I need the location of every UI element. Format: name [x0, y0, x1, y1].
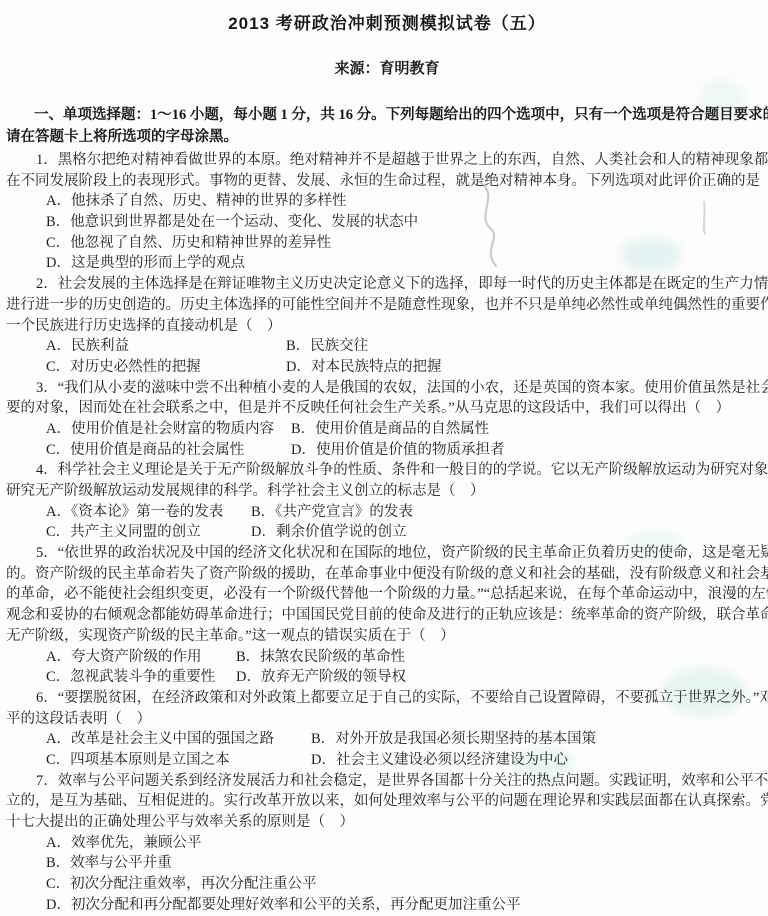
option-d: D．使用价值是价值的物质承担者 [291, 442, 504, 458]
option-c: C．初次分配注重效率，再次分配注重公平 [6, 874, 768, 895]
option-a: A．民族利益 [46, 336, 286, 357]
option-d: D．社会主义建设必须以经济建设为中心 [311, 752, 568, 768]
stem-line: 研究无产阶级解放运动发展规律的科学。科学社会主义创立的标志是（ ） [6, 481, 768, 502]
option-row: A．改革是社会主义中国的强国之路B．对外开放是我国必须长期坚持的基本国策 [6, 729, 768, 750]
option-d: D．初次分配和再分配都要处理好效率和公平的关系，再分配更加注重公平 [6, 895, 768, 916]
option-row: A．民族利益B．民族交往 [6, 336, 768, 357]
option-row: A．《资本论》第一卷的发表B．《共产党宣言》的发表 [6, 502, 768, 523]
option-a: A．《资本论》第一卷的发表 [46, 502, 251, 523]
instructions-line: 请在答题卡上将所选项的字母涂黑。 [6, 126, 768, 148]
stem-line: 立的，是互为基础、互相促进的。实行改革开放以来，如何处理效率与公平的问题在理论界… [6, 791, 768, 812]
option-row: C．使用价值是商品的社会属性D．使用价值是价值的物质承担者 [6, 440, 768, 461]
option-row: C．对历史必然性的把握D．对本民族特点的把握 [6, 357, 768, 378]
option-b: B．抹煞农民阶级的革命性 [236, 649, 405, 665]
stem-line: 3．“我们从小麦的滋味中尝不出种植小麦的人是俄国的农奴，法国的小农，还是英国的资… [6, 378, 768, 399]
question-5: 5．“依世界的政治状况及中国的经济文化状况和在国际的地位，资产阶级的民主革命正负… [6, 543, 768, 688]
option-row: A．使用价值是社会财富的物质内容B．使用价值是商品的自然属性 [6, 419, 768, 440]
option-d: D．这是典型的形而上学的观点 [6, 253, 768, 274]
question-7: 7．效率与公平问题关系到经济发展活力和社会稳定，是世界各国都十分关注的热点问题。… [6, 771, 768, 916]
option-row: C．忽视武装斗争的重要性D．放弃无产阶级的领导权 [6, 667, 768, 688]
question-6: 6．“要摆脱贫困，在经济政策和对外政策上都要立足于自己的实际，不要给自己设置障碍… [6, 688, 768, 771]
question-1: 1．黑格尔把绝对精神看做世界的本原。绝对精神并不是超越于世界之上的东西，自然、人… [6, 150, 768, 274]
source-line: 来源：育明教育 [6, 59, 768, 79]
option-row: C．四项基本原则是立国之本D．社会主义建设必须以经济建设为中心 [6, 750, 768, 771]
option-c: C．忽视武装斗争的重要性 [46, 667, 236, 688]
question-4: 4．科学社会主义理论是关于无产阶级解放斗争的性质、条件和一般目的的学说。它以无产… [6, 460, 768, 543]
instructions-line: 一、单项选择题：1～16 小题，每小题 1 分，共 16 分。下列每题给出的四个… [6, 104, 768, 126]
option-a: A．他抹杀了自然、历史、精神的世界的多样性 [6, 191, 768, 212]
option-a: A．效率优先，兼顾公平 [6, 833, 768, 854]
question-list: 1．黑格尔把绝对精神看做世界的本原。绝对精神并不是超越于世界之上的东西，自然、人… [6, 150, 768, 915]
option-b: B．效率与公平并重 [6, 853, 768, 874]
option-b: B．《共产党宣言》的发表 [251, 504, 413, 520]
option-a: A．改革是社会主义中国的强国之路 [46, 729, 311, 750]
option-c: C．使用价值是商品的社会属性 [46, 440, 291, 461]
stem-line: 4．科学社会主义理论是关于无产阶级解放斗争的性质、条件和一般目的的学说。它以无产… [6, 460, 768, 481]
stem-line: 十七大提出的正确处理公平与效率关系的原则是（ ） [6, 812, 768, 833]
option-row: C．共产主义同盟的创立D．剩余价值学说的创立 [6, 522, 768, 543]
stem-line: 的。资产阶级的民主革命若失了资产阶级的援助，在革命事业中便没有阶级的意义和社会的… [6, 564, 768, 585]
stem-line: 2．社会发展的主体选择是在辩证唯物主义历史决定论意义下的选择，即每一时代的历史主… [6, 274, 768, 295]
exam-paper: 2013 考研政治冲刺预测模拟试卷（五） 来源：育明教育 一、单项选择题：1～1… [0, 0, 768, 915]
option-c: C．他忽视了自然、历史和精神世界的差异性 [6, 233, 768, 254]
exam-title: 2013 考研政治冲刺预测模拟试卷（五） [6, 12, 768, 36]
option-b: B．他意识到世界都是处在一个运动、变化、发展的状态中 [6, 212, 768, 233]
stem-line: 无产阶级，实现资产阶级的民主革命。”这一观点的错误实质在于（ ） [6, 626, 768, 647]
option-c: C．共产主义同盟的创立 [46, 522, 251, 543]
stem-line: 在不同发展阶段上的表现形式。事物的更替、发展、永恒的生命过程，就是绝对精神本身。… [6, 171, 768, 192]
stem-line: 6．“要摆脱贫困，在经济政策和对外政策上都要立足于自己的实际，不要给自己设置障碍… [6, 688, 768, 709]
option-d: D．剩余价值学说的创立 [251, 524, 406, 540]
option-a: A．使用价值是社会财富的物质内容 [46, 419, 291, 440]
stem-line: 7．效率与公平问题关系到经济发展活力和社会稳定，是世界各国都十分关注的热点问题。… [6, 771, 768, 792]
option-row: A．夸大资产阶级的作用B．抹煞农民阶级的革命性 [6, 647, 768, 668]
option-b: B．对外开放是我国必须长期坚持的基本国策 [311, 731, 596, 747]
stem-line: 要的对象，因而处在社会联系之中，但是并不反映任何社会生产关系。”从马克思的这段话… [6, 398, 768, 419]
section-instructions: 一、单项选择题：1～16 小题，每小题 1 分，共 16 分。下列每题给出的四个… [6, 104, 768, 148]
option-d: D．放弃无产阶级的领导权 [236, 669, 406, 685]
stem-line: 平的这段话表明（ ） [6, 709, 768, 730]
stem-line: 5．“依世界的政治状况及中国的经济文化状况和在国际的地位，资产阶级的民主革命正负… [6, 543, 768, 564]
option-b: B．民族交往 [286, 338, 368, 354]
option-c: C．对历史必然性的把握 [46, 357, 286, 378]
option-c: C．四项基本原则是立国之本 [46, 750, 311, 771]
stem-line: 进行进一步的历史创造的。历史主体选择的可能性空间并不是随意性现象，也并不只是单纯… [6, 295, 768, 316]
stem-line: 1．黑格尔把绝对精神看做世界的本原。绝对精神并不是超越于世界之上的东西，自然、人… [6, 150, 768, 171]
stem-line: 一个民族进行历史选择的直接动机是（ ） [6, 316, 768, 337]
option-b: B．使用价值是商品的自然属性 [291, 421, 489, 437]
question-2: 2．社会发展的主体选择是在辩证唯物主义历史决定论意义下的选择，即每一时代的历史主… [6, 274, 768, 377]
option-a: A．夸大资产阶级的作用 [46, 647, 236, 668]
question-3: 3．“我们从小麦的滋味中尝不出种植小麦的人是俄国的农奴，法国的小农，还是英国的资… [6, 378, 768, 461]
stem-line: 观念和妥协的右倾观念都能妨碍革命进行；中国国民党目前的使命及进行的正轨应该是：统… [6, 605, 768, 626]
stem-line: 的革命，必不能使社会组织变更，必没有一个阶级代替他一个阶级的力量。”“总括起来说… [6, 584, 768, 605]
option-d: D．对本民族特点的把握 [286, 359, 441, 375]
